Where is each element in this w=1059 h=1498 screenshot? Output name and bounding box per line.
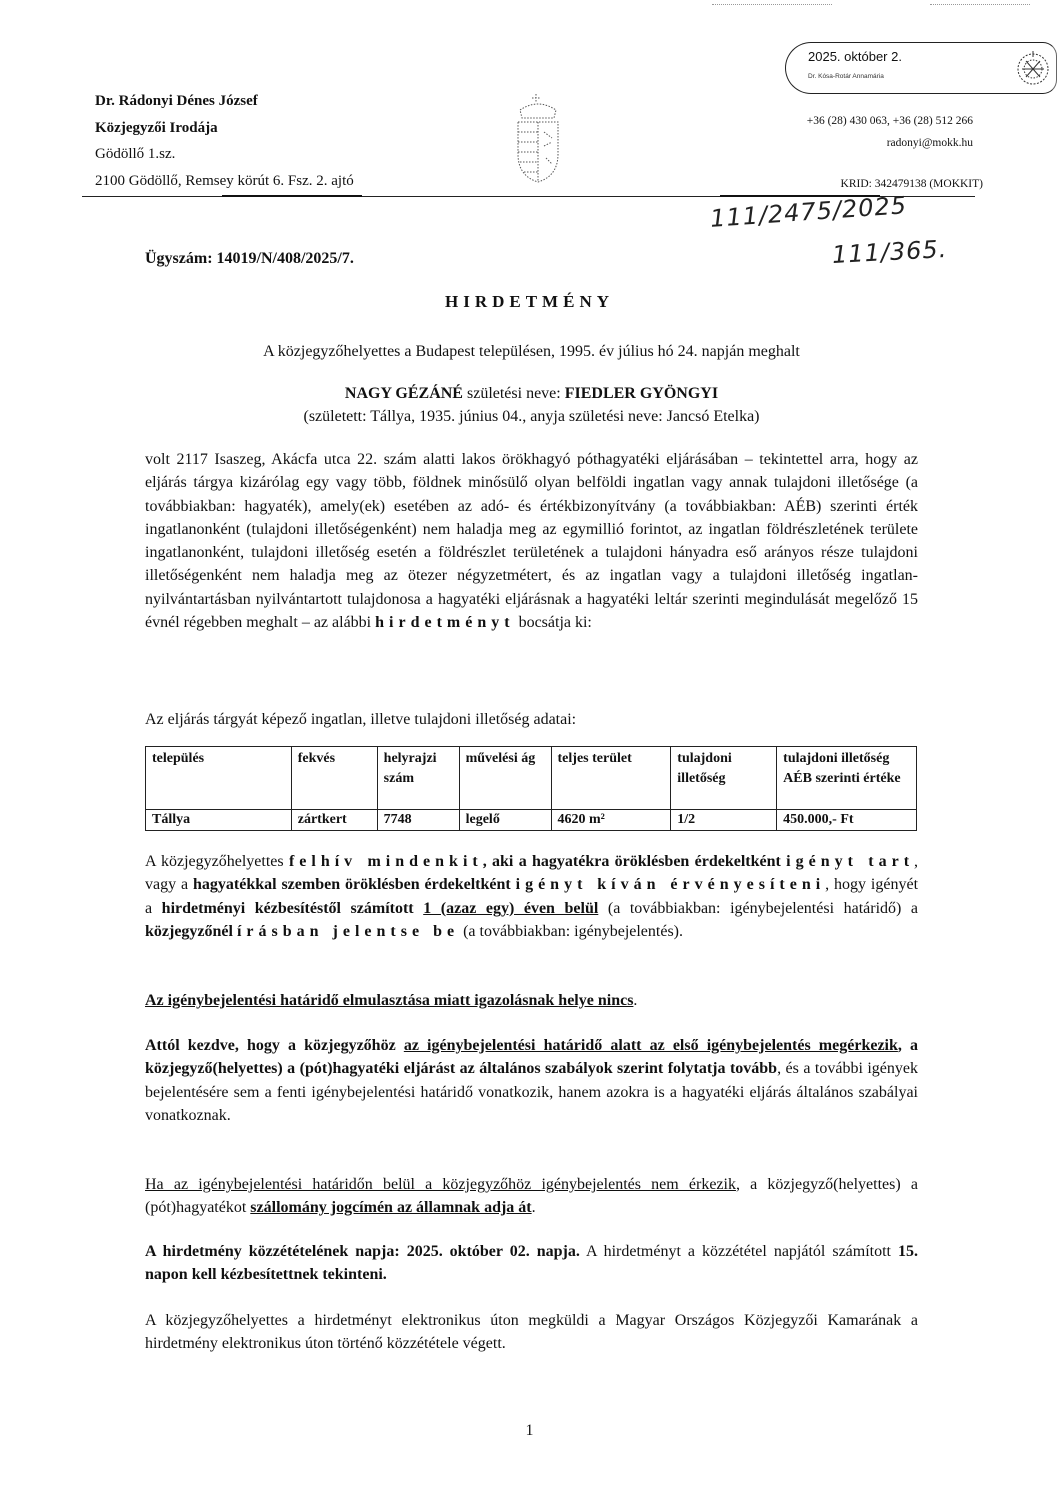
intro-line: A közjegyzőhelyettes a Budapest települé…	[145, 340, 918, 363]
deceased-name-line: NAGY GÉZÁNÉ születési neve: FIEDLER GYÖN…	[145, 382, 918, 405]
scan-artifact	[712, 4, 832, 6]
table-cell: 4620 m²	[551, 810, 671, 831]
body-paragraph-first-claim: Attól kezdve, hogy a közjegyzőhöz az igé…	[145, 1034, 918, 1127]
underlined-text: Ha az igénybejelentési határidőn belül a…	[145, 1176, 736, 1193]
paragraph-text: .	[532, 1199, 536, 1216]
office-name: Dr. Rádonyi Dénes József	[95, 88, 354, 115]
deceased-details: (született: Tállya, 1935. június 04., an…	[145, 405, 918, 428]
warning-text: Az igénybejelentési határidő elmulasztás…	[145, 992, 633, 1009]
table-header-cell: helyrajzi szám	[377, 747, 459, 810]
body-paragraph-electronic: A közjegyzőhelyettes a hirdetményt elekt…	[145, 1309, 918, 1356]
paragraph-text: volt 2117 Isaszeg, Akácfa utca 22. szám …	[145, 451, 918, 631]
deadline-text: 1 (azaz egy) éven belül	[423, 900, 598, 917]
table-cell: legelő	[459, 810, 551, 831]
table-header-cell: művelési ág	[459, 747, 551, 810]
body-paragraph-scope: volt 2117 Isaszeg, Akácfa utca 22. szám …	[145, 448, 918, 634]
office-email: radonyi@mokk.hu	[807, 132, 973, 154]
table-header-cell: tulajdoni illetőség AÉB szerinti értéke	[777, 747, 917, 810]
table-intro: Az eljárás tárgyát képező ingatlan, ille…	[145, 708, 918, 731]
table-header-cell: tulajdoni illetőség	[671, 747, 777, 810]
table-cell: zártkert	[291, 810, 377, 831]
table-header-cell: település	[146, 747, 292, 810]
deceased-name: NAGY GÉZÁNÉ	[345, 385, 463, 402]
table-cell: 450.000,- Ft	[777, 810, 917, 831]
table-header-cell: teljes terület	[551, 747, 671, 810]
letterhead-left: Dr. Rádonyi Dénes József Közjegyzői Irod…	[95, 88, 354, 194]
paragraph-text: bocsátja ki:	[519, 614, 592, 631]
stamp-date: 2025. október 2.	[808, 49, 902, 64]
coat-of-arms-icon	[508, 88, 568, 188]
underlined-text: szállomány jogcímén az államnak adja át	[250, 1199, 531, 1216]
letterhead-right: +36 (28) 430 063, +36 (28) 512 266 radon…	[807, 110, 973, 154]
paragraph-text: (a továbbiakban: igénybejelentési határi…	[608, 900, 918, 917]
emphasized-term: igényt kíván érvényesíteni	[516, 876, 826, 893]
emphasized-term: hirdetményt	[375, 614, 514, 631]
paragraph-text: Attól kezdve, hogy a közjegyzőhöz	[145, 1037, 396, 1054]
krid-number: KRID: 342479138 (MOKKIT)	[841, 178, 983, 190]
body-paragraph-no-excuse: Az igénybejelentési határidő elmulasztás…	[145, 989, 918, 1012]
publication-date: A hirdetmény közzétételének napja: 2025.…	[145, 1243, 580, 1260]
document-title: HIRDETMÉNY	[0, 292, 1059, 312]
underlined-text: az igénybejelentési határidő alatt az el…	[404, 1037, 898, 1054]
paragraph-text: hirdetményi kézbesítéstől számított	[162, 900, 414, 917]
emphasized-term: igényt tart	[786, 853, 914, 870]
table-cell: 7748	[377, 810, 459, 831]
body-paragraph-publication: A hirdetmény közzétételének napja: 2025.…	[145, 1240, 918, 1287]
table-cell: Tállya	[146, 810, 292, 831]
birth-name-label: születési neve:	[467, 385, 561, 402]
table-header-cell: fekvés	[291, 747, 377, 810]
table-row: Tállya zártkert 7748 legelő 4620 m² 1/2 …	[146, 810, 917, 831]
paragraph-text: közjegyzőnél	[145, 923, 233, 940]
body-paragraph-no-claim: Ha az igénybejelentési határidőn belül a…	[145, 1173, 918, 1220]
header-divider-accent	[222, 195, 362, 197]
table-cell: 1/2	[671, 810, 777, 831]
office-phone: +36 (28) 430 063, +36 (28) 512 266	[807, 110, 973, 132]
paragraph-text: hagyatékkal szemben öröklésben érdekeltk…	[193, 876, 511, 893]
case-number: Ügyszám: 14019/N/408/2025/7.	[145, 250, 354, 268]
scan-artifact	[930, 4, 1030, 6]
property-table: település fekvés helyrajzi szám művelési…	[145, 746, 917, 831]
office-address: 2100 Gödöllő, Remsey körút 6. Fsz. 2. aj…	[95, 168, 354, 195]
office-subtitle: Közjegyzői Irodája	[95, 115, 354, 142]
paragraph-text: A hirdetményt a közzététel napjától szám…	[586, 1243, 891, 1260]
paragraph-text: , aki a hagyatékra öröklésben érdekeltké…	[483, 853, 781, 870]
table-header-row: település fekvés helyrajzi szám művelési…	[146, 747, 917, 810]
emphasized-term: írásban jelentse be	[237, 923, 459, 940]
deceased-birth-name: FIEDLER GYÖNGYI	[565, 385, 718, 402]
handwritten-file-number: 111/365.	[831, 235, 948, 269]
seal-icon	[1014, 49, 1052, 87]
emphasized-term: felhív mindenkit	[289, 853, 483, 870]
office-seat: Gödöllő 1.sz.	[95, 141, 354, 168]
page-number: 1	[0, 1422, 1059, 1440]
body-paragraph-call: A közjegyzőhelyettes felhív mindenkit, a…	[145, 850, 918, 943]
paragraph-text: A közjegyzőhelyettes	[145, 853, 284, 870]
stamp-signer: Dr. Kósa-Rotár Annamária	[808, 73, 884, 80]
paragraph-text: (a továbbiakban: igénybejelentés).	[463, 923, 683, 940]
electronic-signature-stamp: 2025. október 2. Dr. Kósa-Rotár Annamári…	[785, 42, 1057, 94]
handwritten-registration-number: 111/2475/2025	[709, 191, 908, 233]
